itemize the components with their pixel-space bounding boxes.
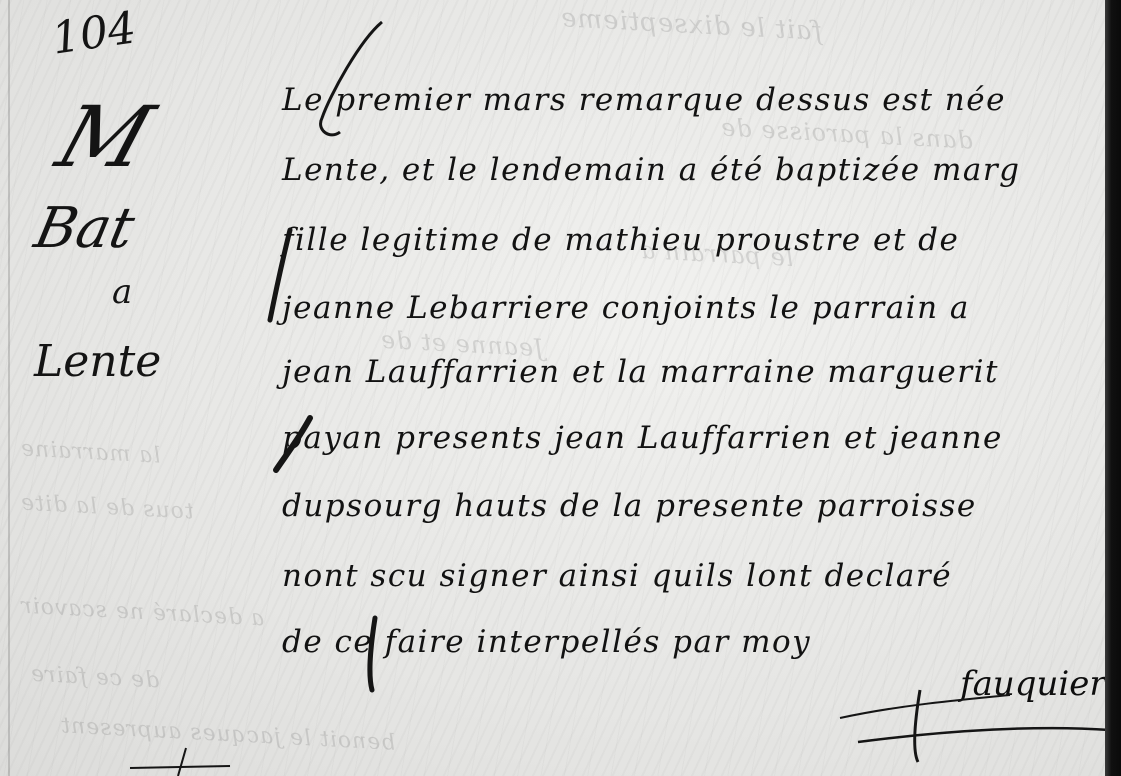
entry-line-6: payan presents jean Lauffarrien et jeann… bbox=[282, 420, 1003, 456]
entry-line-5: jean Lauffarrien et la marraine margueri… bbox=[282, 354, 999, 390]
bleed-through-line: la marraine bbox=[19, 436, 161, 468]
bleed-through-line: benoit le jacques aupresent bbox=[60, 713, 396, 756]
entry-mark: M bbox=[46, 88, 164, 186]
bleed-through-line: tous de la dite bbox=[19, 490, 194, 524]
entry-line-2: Lente, et le lendemain a été baptizée ma… bbox=[282, 152, 1021, 188]
scan-page-edge bbox=[1105, 0, 1121, 776]
margin-note-lente: Lente bbox=[34, 336, 161, 387]
bleed-through-line: de ce faire bbox=[29, 662, 159, 694]
bleed-through-line: fait le dixseptieme bbox=[559, 3, 823, 47]
entry-line-9: de ce faire interpellés par moy bbox=[282, 624, 811, 660]
priest-signature: fauquier bbox=[960, 664, 1106, 704]
bleed-through-line: dans la paroisse de bbox=[719, 113, 973, 154]
scanned-register-page: fait le dixseptieme dans la paroisse de … bbox=[0, 0, 1121, 776]
entry-line-8: nont scu signer ainsi quils lont declaré bbox=[282, 558, 952, 594]
bleed-through-line: a declaré ne scavoir bbox=[20, 594, 265, 632]
entry-line-4: jeanne Lebarriere conjoints le parrain a bbox=[282, 290, 970, 326]
entry-number: 104 bbox=[49, 2, 139, 64]
entry-line-7: dupsourg hauts de la presente parroisse bbox=[282, 488, 977, 524]
entry-line-1: Le premier mars remarque dessus est née bbox=[282, 82, 1006, 118]
margin-note-a: a bbox=[112, 272, 132, 312]
entry-line-3: fille legitime de mathieu proustre et de bbox=[282, 222, 959, 258]
margin-note-bat: Bat bbox=[29, 196, 140, 261]
binding-rule bbox=[8, 0, 10, 776]
